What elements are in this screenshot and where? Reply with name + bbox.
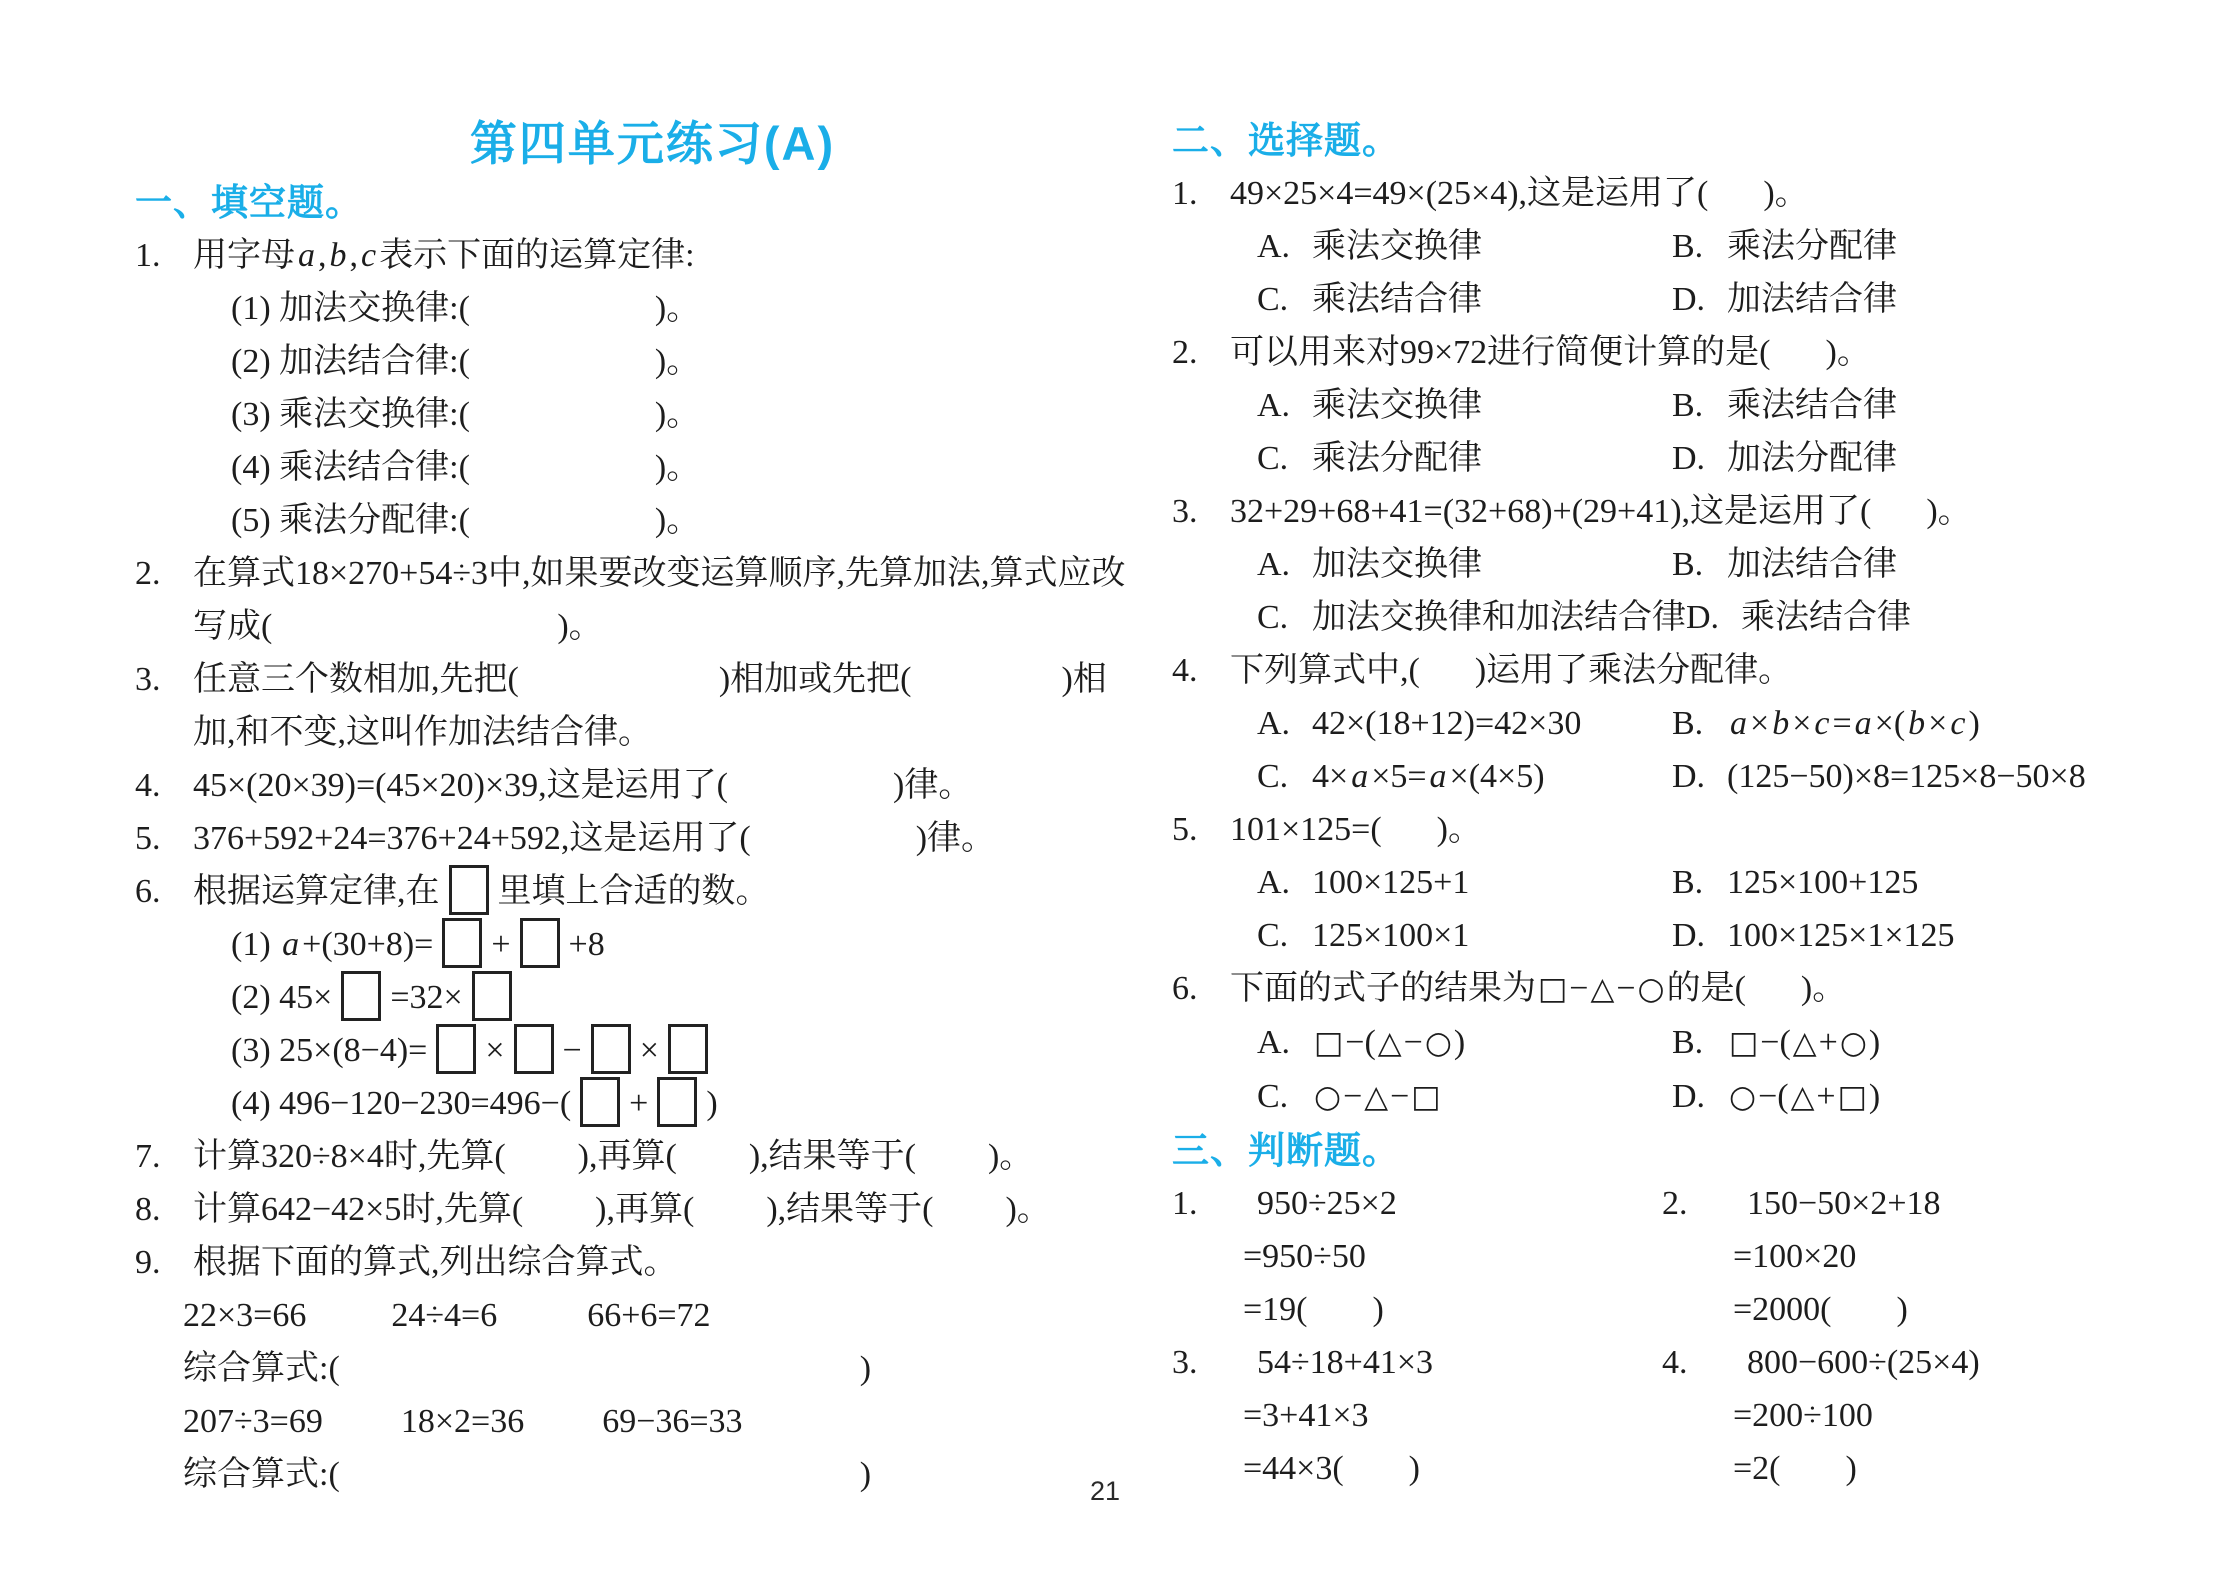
blank (470, 371, 655, 372)
item-number: 9. (135, 1236, 161, 1289)
text: −( (1758, 1078, 1789, 1115)
text-line: (3) 乘法交换律:()。 (231, 388, 1170, 441)
judge-item-4: 4.800−600÷(25×4)=200÷100=2() (1662, 1336, 2172, 1495)
item-number: 3. (135, 653, 161, 706)
text: × (485, 1032, 504, 1069)
text: 100×125×1×125 (1727, 917, 1955, 954)
text: 表示下面的运算定律: (379, 237, 694, 274)
text: 4× (1312, 758, 1348, 795)
judge-line: =2000() (1733, 1283, 2172, 1336)
text: +8 (569, 926, 605, 963)
text: ),结果等于( (766, 1191, 933, 1228)
text: ×(4×5) (1450, 758, 1545, 795)
math-variable: a (1348, 758, 1371, 795)
text: 24÷4=6 (391, 1297, 497, 1334)
option-row: A.乘法交换律B.乘法结合律 (1257, 379, 2172, 432)
choice-option: B.a×b×c=a×(b×c) (1672, 697, 1980, 750)
text-line: 用字母a,b,c表示下面的运算定律: (193, 229, 1170, 282)
blank (1746, 998, 1801, 999)
text: 可以用来对99×72进行简便计算的是( (1230, 334, 1771, 371)
text: 乘法分配律 (1727, 228, 1897, 265)
text-line: 根据下面的算式,列出综合算式。 (193, 1236, 1170, 1289)
blank (470, 530, 655, 531)
option-label: D. (1686, 591, 1741, 644)
text: 乘法交换律 (1312, 228, 1482, 265)
shape-symbol: ○ (1636, 971, 1667, 1007)
text: 加法结合律 (1727, 281, 1897, 318)
item-number: 2. (1172, 326, 1198, 379)
choice-option: C.4×a×5=a×(4×5) (1257, 750, 1672, 803)
text: )相 (1061, 661, 1106, 698)
text-line: (1) 加法交换律:()。 (231, 282, 1170, 335)
answer-box (520, 918, 560, 968)
text: 42×(18+12)=42×30 (1312, 705, 1581, 742)
blank (1708, 203, 1763, 204)
blank (1832, 1319, 1897, 1320)
item-number: 5. (135, 812, 161, 865)
text: ) (1869, 1078, 1880, 1115)
judge-line: =100×20 (1733, 1230, 2172, 1283)
shape-symbol: △ (1789, 1079, 1817, 1115)
choice-option: C.乘法结合律 (1257, 273, 1672, 326)
answer-box (514, 1024, 554, 1074)
option-label: B. (1672, 538, 1727, 591)
text: − (1390, 1078, 1409, 1115)
text: )律。 (916, 820, 995, 857)
text: )。 (655, 396, 700, 433)
blank (1344, 1478, 1409, 1479)
text: 用字母 (193, 237, 295, 274)
text-line: 综合算式:() (183, 1342, 1170, 1395)
text: (3) 25×(8−4)= (231, 1032, 427, 1069)
text: ),再算( (595, 1191, 694, 1228)
item-number: 1. (1172, 167, 1198, 220)
blank (306, 1325, 391, 1326)
text: )。 (988, 1138, 1033, 1175)
text: )。 (1926, 493, 1971, 530)
item-number: 8. (135, 1183, 161, 1236)
blank (916, 1166, 988, 1167)
text: 49×25×4=49×(25×4),这是运用了( (1230, 175, 1708, 212)
right-column: 二、选择题。 1.49×25×4=49×(25×4),这是运用了()。A.乘法交… (1172, 114, 2172, 1495)
text: − (1404, 1024, 1423, 1061)
option-row: C.乘法结合律D.加法结合律 (1257, 273, 2172, 326)
fill-item-6: 6.根据运算定律,在里填上合适的数。(1) a+(30+8)=++8(2) 45… (135, 865, 1170, 1130)
page-title: 第四单元练习(A) (135, 112, 1170, 176)
text-line: (1) a+(30+8)=++8 (231, 918, 1170, 971)
option-row: C.乘法分配律D.加法分配律 (1257, 432, 2172, 485)
text: )。 (655, 449, 700, 486)
item-number: 2. (1662, 1177, 1688, 1230)
blank (933, 1219, 1005, 1220)
choice-stem: 可以用来对99×72进行简便计算的是()。 (1230, 326, 2172, 379)
text: ×5= (1371, 758, 1426, 795)
text: , (318, 237, 327, 274)
choice-option: A.100×125+1 (1257, 856, 1672, 909)
text: ) (1373, 1291, 1384, 1328)
blank (524, 1431, 602, 1432)
text: (1) (231, 926, 279, 963)
answer-box (657, 1077, 697, 1127)
text-line: (5) 乘法分配律:()。 (231, 494, 1170, 547)
blank (470, 424, 655, 425)
fill-item-4: 4.45×(20×39)=(45×20)×39,这是运用了()律。 (135, 759, 1170, 812)
item-number: 4. (1172, 644, 1198, 697)
choice-option: D.(125−50)×8=125×8−50×8 (1672, 750, 2086, 803)
text: 54÷18+41×3 (1257, 1344, 1433, 1381)
blank (519, 689, 719, 690)
text: × (1928, 705, 1947, 742)
judge-line: =950÷50 (1243, 1230, 1662, 1283)
choice-option: A.加法交换律 (1257, 538, 1672, 591)
option-label: D. (1672, 750, 1727, 803)
text: + (491, 926, 510, 963)
text: +(30+8)= (302, 926, 433, 963)
text: ) (706, 1085, 717, 1122)
option-label: A. (1257, 1016, 1312, 1069)
option-label: C. (1257, 750, 1312, 803)
answer-box (442, 918, 482, 968)
text: =200÷100 (1733, 1397, 1873, 1434)
choice-option: B.乘法结合律 (1672, 379, 1897, 432)
section-heading-fill: 一、填空题。 (135, 176, 1170, 229)
text: (3) 乘法交换律:( (231, 396, 470, 433)
text: )。 (1763, 175, 1808, 212)
text: ) (1846, 1450, 1857, 1487)
text: 950÷25×2 (1257, 1185, 1397, 1222)
fill-item-9: 9.根据下面的算式,列出综合算式。22×3=6624÷4=666+6=72综合算… (135, 1236, 1170, 1501)
text: 101×125=( (1230, 811, 1382, 848)
text: ),结果等于( (749, 1138, 916, 1175)
item-number: 2. (135, 547, 161, 600)
answer-box (449, 865, 489, 915)
option-label: B. (1672, 1016, 1727, 1069)
choice-stem: 32+29+68+41=(32+68)+(29+41),这是运用了()。 (1230, 485, 2172, 538)
blank (470, 318, 655, 319)
text: + (1819, 1024, 1838, 1061)
shape-symbol: ○ (1727, 1079, 1758, 1115)
option-row: C.○−△−□D.○−(△+□) (1257, 1070, 2172, 1124)
shape-symbol: □ (1727, 1025, 1760, 1061)
text: (4) 496−120−230=496−( (231, 1085, 571, 1122)
math-variable: a (279, 926, 302, 963)
math-variable: b (327, 237, 350, 274)
shape-symbol: △ (1791, 1025, 1819, 1061)
math-variable: b (1769, 705, 1792, 742)
text: 376+592+24=376+24+592,这是运用了( (193, 820, 751, 857)
text: ) (1409, 1450, 1420, 1487)
text: 计算320÷8×4时,先算( (193, 1138, 506, 1175)
option-row: A.42×(18+12)=42×30B.a×b×c=a×(b×c) (1257, 697, 2172, 750)
blank (1771, 362, 1826, 363)
section-heading-judge: 三、判断题。 (1172, 1124, 2172, 1177)
option-label: C. (1257, 591, 1312, 644)
text: 加法分配律 (1727, 440, 1897, 477)
text: (125−50)×8=125×8−50×8 (1727, 758, 2086, 795)
text: 22×3=66 (183, 1297, 306, 1334)
text: 写成( (193, 608, 272, 645)
text: )。 (1826, 334, 1871, 371)
fill-item-3: 3.任意三个数相加,先把()相加或先把()相加,和不变,这叫作加法结合律。 (135, 653, 1170, 759)
text: 的是( (1667, 970, 1746, 1007)
blank (728, 795, 893, 796)
text: 18×2=36 (401, 1403, 524, 1440)
shape-symbol: □ (1536, 971, 1569, 1007)
text: 下面的式子的结果为 (1230, 970, 1536, 1007)
judge-item-2: 2.150−50×2+18=100×20=2000() (1662, 1177, 2172, 1336)
text: 45×(20×39)=(45×20)×39,这是运用了( (193, 767, 728, 804)
fill-item-8: 8.计算642−42×5时,先算(),再算(),结果等于()。 (135, 1183, 1170, 1236)
choice-option: C.125×100×1 (1257, 909, 1672, 962)
blank (1382, 839, 1437, 840)
text: )。 (655, 343, 700, 380)
page-number: 21 (1075, 1476, 1135, 1507)
judge-line: 150−50×2+18 (1747, 1177, 2172, 1230)
text: 综合算式:( (183, 1350, 340, 1387)
option-label: A. (1257, 538, 1312, 591)
blank (1308, 1319, 1373, 1320)
item-number: 1. (135, 229, 161, 282)
answer-box (591, 1024, 631, 1074)
text: −( (1345, 1024, 1376, 1061)
option-row: A.加法交换律B.加法结合律 (1257, 538, 2172, 591)
text-line: (2) 45×=32× (231, 971, 1170, 1024)
choice-option: A.乘法交换律 (1257, 220, 1672, 273)
worksheet-page: 第四单元练习(A) 一、填空题。 1.用字母a,b,c表示下面的运算定律:(1)… (0, 0, 2220, 1571)
text: (2) 45× (231, 979, 332, 1016)
text: ) (1968, 705, 1979, 742)
text: ) (1897, 1291, 1908, 1328)
text: 根据下面的算式,列出综合算式。 (193, 1244, 678, 1281)
fill-item-2: 2.在算式18×270+54÷3中,如果要改变运算顺序,先算加法,算式应改写成(… (135, 547, 1170, 653)
choice-item-2: 2.可以用来对99×72进行简便计算的是()。A.乘法交换律B.乘法结合律C.乘… (1172, 326, 2172, 485)
option-row: A.100×125+1B.125×100+125 (1257, 856, 2172, 909)
item-number: 5. (1172, 803, 1198, 856)
option-label: B. (1672, 856, 1727, 909)
shape-symbol: □ (1312, 1025, 1345, 1061)
fill-item-5: 5.376+592+24=376+24+592,这是运用了()律。 (135, 812, 1170, 865)
choice-stem: 下列算式中,()运用了乘法分配律。 (1230, 644, 2172, 697)
option-row: C.加法交换律和加法结合律D.乘法结合律 (1257, 591, 2172, 644)
text: + (629, 1085, 648, 1122)
option-label: A. (1257, 220, 1312, 273)
item-number: 3. (1172, 1336, 1198, 1389)
text: × (1750, 705, 1769, 742)
item-number: 4. (1662, 1336, 1688, 1389)
text: × (640, 1032, 659, 1069)
math-variable: b (1905, 705, 1928, 742)
shape-symbol: △ (1362, 1079, 1390, 1115)
fill-item-1: 1.用字母a,b,c表示下面的运算定律:(1) 加法交换律:()。(2) 加法结… (135, 229, 1170, 547)
text: =44×3( (1243, 1450, 1344, 1487)
text: 加,和不变,这叫作加法结合律。 (193, 714, 652, 751)
choice-option: D.100×125×1×125 (1672, 909, 1955, 962)
choice-stem: 下面的式子的结果为□−△−○的是()。 (1230, 962, 2172, 1016)
choice-item-4: 4.下列算式中,()运用了乘法分配律。A.42×(18+12)=42×30B.a… (1172, 644, 2172, 803)
option-label: D. (1672, 1070, 1727, 1123)
text: − (1616, 970, 1635, 1007)
item-number: 6. (135, 865, 161, 918)
blank (1871, 521, 1926, 522)
text: ),再算( (578, 1138, 677, 1175)
choice-option: B.125×100+125 (1672, 856, 1918, 909)
math-variable: a (1727, 705, 1750, 742)
text: )。 (1801, 970, 1846, 1007)
option-label: C. (1257, 909, 1312, 962)
blank (506, 1166, 578, 1167)
text: (4) 乘法结合律:( (231, 449, 470, 486)
text: 207÷3=69 (183, 1403, 323, 1440)
text: =19( (1243, 1291, 1308, 1328)
judge-line: =19() (1243, 1283, 1662, 1336)
text: 乘法结合律 (1741, 599, 1911, 636)
choice-option: A.42×(18+12)=42×30 (1257, 697, 1672, 750)
text: − (1343, 1078, 1362, 1115)
choice-option: B.乘法分配律 (1672, 220, 1897, 273)
text: 加法交换律和加法结合律 (1312, 599, 1686, 636)
option-label: A. (1257, 697, 1312, 750)
text-line: 22×3=6624÷4=666+6=72 (183, 1289, 1170, 1342)
shape-symbol: □ (1409, 1079, 1442, 1115)
blank (523, 1219, 595, 1220)
text: × (1792, 705, 1811, 742)
text: − (563, 1032, 582, 1069)
text: )相加或先把( (719, 661, 912, 698)
blank (497, 1325, 587, 1326)
choice-option: D.加法结合律 (1672, 273, 1897, 326)
blank (1420, 680, 1475, 681)
answer-box (341, 971, 381, 1021)
fill-items: 1.用字母a,b,c表示下面的运算定律:(1) 加法交换律:()。(2) 加法结… (135, 229, 1170, 1501)
option-label: D. (1672, 432, 1727, 485)
choice-item-1: 1.49×25×4=49×(25×4),这是运用了()。A.乘法交换律B.乘法分… (1172, 167, 2172, 326)
choice-item-5: 5.101×125=()。A.100×125+1B.125×100+125C.1… (1172, 803, 2172, 962)
text: 根据运算定律,在 (193, 873, 440, 910)
text: =3+41×3 (1243, 1397, 1369, 1434)
text: 乘法交换律 (1312, 387, 1482, 424)
text: = (1832, 705, 1851, 742)
option-label: A. (1257, 856, 1312, 909)
option-label: D. (1672, 273, 1727, 326)
choice-option: C.加法交换律和加法结合律 (1257, 591, 1686, 644)
choice-option: C.乘法分配律 (1257, 432, 1672, 485)
text-line: 计算642−42×5时,先算(),再算(),结果等于()。 (193, 1183, 1170, 1236)
text: )。 (655, 290, 700, 327)
text: 乘法结合律 (1312, 281, 1482, 318)
judge-line: =200÷100 (1733, 1389, 2172, 1442)
math-variable: a (1427, 758, 1450, 795)
text: (2) 加法结合律:( (231, 343, 470, 380)
text: =2( (1733, 1450, 1781, 1487)
answer-box (472, 971, 512, 1021)
math-variable: c (1811, 705, 1832, 742)
text-line: (3) 25×(8−4)=×−× (231, 1024, 1170, 1077)
text: , (350, 237, 359, 274)
text: 里填上合适的数。 (498, 873, 770, 910)
judge-line: 950÷25×2 (1257, 1177, 1662, 1230)
text: 32+29+68+41=(32+68)+(29+41),这是运用了( (1230, 493, 1871, 530)
math-variable: a (295, 237, 318, 274)
choice-option: A.□−(△−○) (1257, 1016, 1672, 1070)
option-row: A.乘法交换律B.乘法分配律 (1257, 220, 2172, 273)
text-line: 根据运算定律,在里填上合适的数。 (193, 865, 1170, 918)
answer-box (668, 1024, 708, 1074)
choice-items: 1.49×25×4=49×(25×4),这是运用了()。A.乘法交换律B.乘法分… (1172, 167, 2172, 1124)
choice-option: D.加法分配律 (1672, 432, 1897, 485)
section-heading-choice: 二、选择题。 (1172, 114, 2172, 167)
judge-line: 800−600÷(25×4) (1747, 1336, 2172, 1389)
choice-option: D.乘法结合律 (1686, 591, 1911, 644)
choice-option: B.加法结合律 (1672, 538, 1897, 591)
text: ×( (1875, 705, 1906, 742)
text: 150−50×2+18 (1747, 1185, 1941, 1222)
text-line: 45×(20×39)=(45×20)×39,这是运用了()律。 (193, 759, 1170, 812)
shape-symbol: ○ (1423, 1025, 1454, 1061)
text: 综合算式:( (183, 1456, 340, 1493)
choice-stem: 101×125=()。 (1230, 803, 2172, 856)
text: 下列算式中,( (1230, 652, 1420, 689)
math-variable: c (1947, 705, 1968, 742)
blank (340, 1484, 860, 1485)
text: 加法结合律 (1727, 546, 1897, 583)
text: 任意三个数相加,先把( (193, 661, 519, 698)
text: 计算642−42×5时,先算( (193, 1191, 523, 1228)
shape-symbol: □ (1836, 1079, 1869, 1115)
judge-item-1: 1.950÷25×2=950÷50=19() (1172, 1177, 1662, 1336)
math-variable: c (358, 237, 379, 274)
text-line: 综合算式:() (183, 1448, 1170, 1501)
item-number: 1. (1172, 1177, 1198, 1230)
text-line: 写成()。 (193, 600, 1170, 653)
item-number: 3. (1172, 485, 1198, 538)
text: ) (1454, 1024, 1465, 1061)
text: (1) 加法交换律:( (231, 290, 470, 327)
text-line: 207÷3=6918×2=3669−36=33 (183, 1395, 1170, 1448)
text: ) (1869, 1024, 1880, 1061)
text-line: 计算320÷8×4时,先算(),再算(),结果等于()。 (193, 1130, 1170, 1183)
text: 乘法分配律 (1312, 440, 1482, 477)
option-label: C. (1257, 432, 1312, 485)
blank (751, 848, 916, 849)
text: − (1569, 970, 1588, 1007)
blank (272, 636, 557, 637)
judge-item-3: 3.54÷18+41×3=3+41×3=44×3() (1172, 1336, 1662, 1495)
item-number: 4. (135, 759, 161, 812)
shape-symbol: △ (1588, 971, 1616, 1007)
choice-stem: 49×25×4=49×(25×4),这是运用了()。 (1230, 167, 2172, 220)
shape-symbol: ○ (1838, 1025, 1869, 1061)
choice-item-6: 6.下面的式子的结果为□−△−○的是()。A.□−(△−○)B.□−(△+○)C… (1172, 962, 2172, 1124)
text-line: 在算式18×270+54÷3中,如果要改变运算顺序,先算加法,算式应改 (193, 547, 1170, 600)
blank (1781, 1478, 1846, 1479)
option-label: B. (1672, 379, 1727, 432)
judge-line: =3+41×3 (1243, 1389, 1662, 1442)
text: + (1816, 1078, 1835, 1115)
text: )运用了乘法分配律。 (1475, 652, 1792, 689)
text: 125×100×1 (1312, 917, 1469, 954)
shape-symbol: △ (1376, 1025, 1404, 1061)
option-row: C.125×100×1D.100×125×1×125 (1257, 909, 2172, 962)
shape-symbol: ○ (1312, 1079, 1343, 1115)
text-line: (4) 乘法结合律:()。 (231, 441, 1170, 494)
text: )。 (557, 608, 602, 645)
text: ) (860, 1350, 871, 1387)
option-label: D. (1672, 909, 1727, 962)
left-column: 第四单元练习(A) 一、填空题。 1.用字母a,b,c表示下面的运算定律:(1)… (135, 0, 1170, 1501)
answer-box (580, 1077, 620, 1127)
choice-item-3: 3.32+29+68+41=(32+68)+(29+41),这是运用了()。A.… (1172, 485, 2172, 644)
text: 66+6=72 (587, 1297, 710, 1334)
